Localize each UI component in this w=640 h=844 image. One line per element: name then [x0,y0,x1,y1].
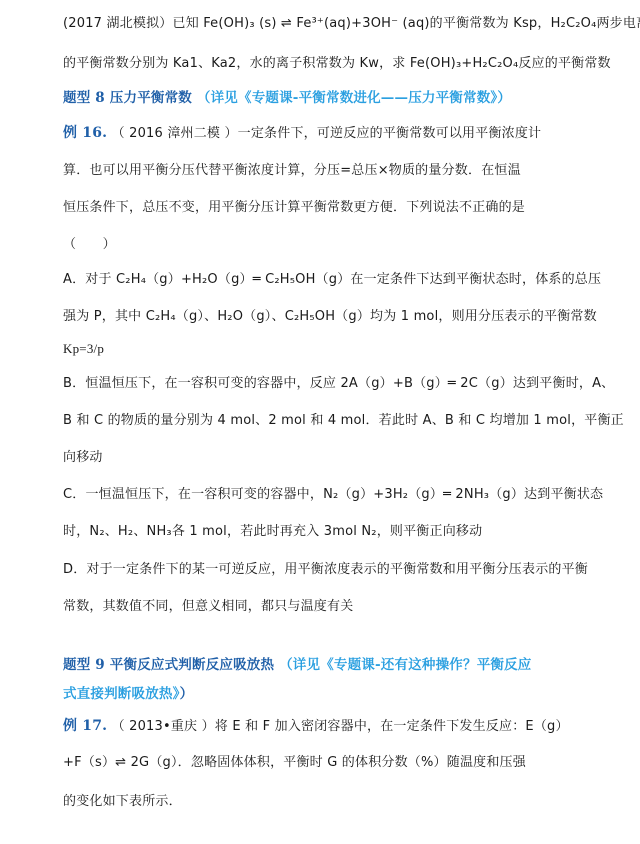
option-c-line-1: C．一恒温恒压下，在一容积可变的容器中，N₂（g）+3H₂（g）═ 2NH₃（g… [63,483,603,502]
example-16-answer-blank: （ ） [63,233,116,252]
section-9-title: 题型 9 平衡反应式判断反应吸放热 [63,657,274,673]
section-9-close-paren: ） [180,686,194,702]
option-b-line-3: 向移动 [63,446,103,465]
intro-line-2: 的平衡常数分别为 Ka1、Ka2，水的离子积常数为 Kw，求 Fe(OH)₃+H… [63,52,611,71]
section-8-heading: 题型 8 压力平衡常数 （详见《专题课-平衡常数进化——压力平衡常数》） [63,86,511,106]
option-b-line-2: B 和 C 的物质的量分别为 4 mol、2 mol 和 4 mol．若此时 A… [63,409,624,428]
example-17-line-1: 例 17. （ 2013•重庆 ）将 E 和 F 加入密闭容器中，在一定条件下发… [63,715,569,735]
section-9-heading: 题型 9 平衡反应式判断反应吸放热 （详见《专题课-还有这种操作？平衡反应 [63,653,532,673]
option-a-line-3: Kp=3/p [63,341,104,357]
example-16-text: （ 2016 漳州二模 ）一定条件下，可逆反应的平衡常数可以用平衡浓度计 [112,126,542,141]
option-a-line-2: 强为 P，其中 C₂H₄（g）、H₂O（g）、C₂H₅OH（g）均为 1 mol… [63,305,597,324]
section-9-reference-link-cont[interactable]: 式直接判断吸放热》 [63,686,180,702]
option-c-line-2: 时，N₂、H₂、NH₃各 1 mol，若此时再充入 3mol N₂，则平衡正向移… [63,520,482,539]
example-17-line-2: +F（s）⇌ 2G（g）．忽略固体体积，平衡时 G 的体积分数（%）随温度和压强 [63,751,526,770]
section-8-reference-link[interactable]: （详见《专题课-平衡常数进化——压力平衡常数》） [197,90,511,106]
option-d-line-1: D．对于一定条件下的某一可逆反应，用平衡浓度表示的平衡常数和用平衡分压表示的平衡 [63,558,588,577]
section-9-reference-link[interactable]: （详见《专题课-还有这种操作？平衡反应 [279,657,531,673]
option-a-line-1: A．对于 C₂H₄（g）+H₂O（g）═ C₂H₅OH（g）在一定条件下达到平衡… [63,268,601,287]
example-17-label: 例 17. [63,718,107,734]
example-16-line-3: 恒压条件下，总压不变，用平衡分压计算平衡常数更方便．下列说法不正确的是 [63,196,525,215]
section-8-title: 题型 8 压力平衡常数 [63,90,192,106]
option-b-line-1: B．恒温恒压下，在一容积可变的容器中，反应 2A（g）+B（g）═ 2C（g）达… [63,372,614,391]
example-16-label: 例 16. [63,125,107,141]
example-16-line-2: 算．也可以用平衡分压代替平衡浓度计算，分压=总压×物质的量分数．在恒温 [63,159,521,178]
example-17-line-3: 的变化如下表所示． [63,790,182,809]
intro-line-1: (2017 湖北模拟）已知 Fe(OH)₃ (s) ⇌ Fe³⁺(aq)+3OH… [63,12,640,31]
option-d-line-2: 常数，其数值不同，但意义相同，都只与温度有关 [63,595,353,614]
section-9-heading-line-2: 式直接判断吸放热》） [63,682,193,702]
example-17-text: （ 2013•重庆 ）将 E 和 F 加入密闭容器中，在一定条件下发生反应：E（… [112,719,569,734]
example-16-line-1: 例 16. （ 2016 漳州二模 ）一定条件下，可逆反应的平衡常数可以用平衡浓… [63,122,541,142]
